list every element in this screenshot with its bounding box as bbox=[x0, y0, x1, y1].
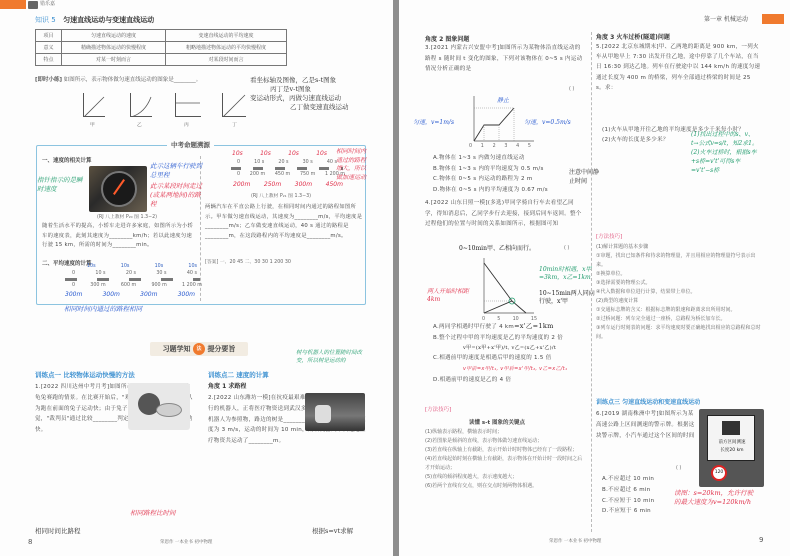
hw-note-needle: 指针指示的是瞬时速度 bbox=[37, 176, 87, 194]
page-number: 9 bbox=[759, 536, 763, 544]
table-cell: 意义 bbox=[36, 42, 62, 54]
graph-label: 丁 bbox=[232, 122, 237, 129]
distance-ticks-right: 0200 m450 m750 m1 200 m bbox=[237, 171, 345, 178]
left-page: 错乐嘉 知识 5 匀速直线运动与变速直线运动 项目 匀速直线运动的速度 变速直线… bbox=[0, 0, 393, 556]
hw-note-speed-ratio: v甲前=x甲/t₁, v甲后=x'甲/t₂, v乙=x乙/t₁ bbox=[433, 364, 593, 375]
graph-q3-xticks: 012345 bbox=[469, 143, 531, 150]
angle-3-title: 角度 3 火车过桥(隧道)问题 bbox=[596, 32, 670, 41]
speedometer-photo bbox=[89, 166, 147, 212]
list-item: ③选择需要的物理公式。 bbox=[596, 279, 761, 288]
list-item: (1)纵轴表示路程，横轴表示时间； bbox=[425, 428, 585, 437]
graph-yi bbox=[130, 93, 152, 117]
hw-note-approach: 0~10min甲、乙相向而行。 bbox=[459, 244, 535, 253]
table-cell: 精确描述物体运动的快慢程度 bbox=[62, 42, 166, 54]
hw-note-start-distance: 两人开始时相距4km bbox=[427, 288, 475, 304]
list-item: (4)若直线起始时刻在横轴上有截距，表示物体在开始计时一段时间之后才开始运动； bbox=[425, 455, 585, 473]
hw-note-average-speed: v甲=(x甲+x'甲)/t, v乙=(x乙+x'乙)/t bbox=[433, 344, 593, 353]
time-ticks-right: 010 s20 s30 s40 s bbox=[237, 159, 337, 166]
sign-text-line1: 前方区间测速 bbox=[708, 439, 756, 446]
quick-practice-label: [即时小练] bbox=[35, 77, 62, 83]
exam-source-box: 中考命题溯源 一、速度的相关计算 此示这辆车行驶到总里程 指针指示的是瞬时速度 … bbox=[36, 145, 366, 305]
hw-note-accelerate: 相同时间内通过的路程增大，所以做加速运动 bbox=[336, 148, 366, 182]
hw-time-intervals-right: 10s10s10s10s bbox=[232, 150, 327, 157]
list-item: ③列车运行时刻表的问题：求平均速度时要正确地找出相应的总路程和总时间。 bbox=[596, 324, 761, 342]
hw-note-same-direction: 10~15min两人同向行驶，x'甲 bbox=[539, 290, 597, 306]
hw-note-stop: 注意中间静止时间 bbox=[569, 168, 599, 186]
section-title: 二、平均速度的计算 bbox=[42, 259, 92, 267]
list-item: (2)若图象是倾斜的直线，表示物体做匀速直线运动； bbox=[425, 437, 585, 446]
quick-practice: [即时小练] 如图所示，表示物体做匀速直线运动的图象是________。 bbox=[35, 76, 201, 84]
motion-graphs: 甲 乙 丙 丁 bbox=[80, 90, 250, 130]
time-ticks-left: 010 s20 s30 s40 s bbox=[72, 270, 197, 277]
question-4-options: A.两同学相遇时甲行驶了 4 km=x'乙=1km B.整个过程中甲的平均速度是… bbox=[433, 322, 593, 386]
hw-note-reference-frame: 树与机器人的位置随时间改变，所以树是运动的 bbox=[296, 350, 368, 365]
hw-time-intervals-left: 10s10s10s10s bbox=[87, 263, 197, 270]
brand-name: 错乐嘉 bbox=[40, 1, 55, 8]
option-a[interactable]: A.不应超过 10 min bbox=[602, 474, 692, 485]
hw-note-uniform: 相同时间内通过的路程相同 bbox=[64, 305, 142, 314]
option-a[interactable]: A.两同学相遇时甲行驶了 4 km=x'乙=1km bbox=[433, 322, 593, 333]
right-page: 第一章 机械运动 角度 2 图象问题 3.[2021 内蒙古兴安盟中考]如图所示… bbox=[399, 0, 790, 556]
table-cell: 项目 bbox=[36, 30, 62, 42]
graph-label: 丙 bbox=[184, 122, 189, 129]
hw-note-segment1: 匀速，v=1m/s bbox=[413, 118, 454, 127]
knowledge-title: 匀速直线运动与变速直线运动 bbox=[63, 16, 154, 24]
list-item: (2)典型的速度计算 bbox=[596, 297, 761, 306]
sign-text-line2: 长度20 km bbox=[708, 447, 756, 454]
chapter-tab bbox=[762, 14, 784, 24]
speed-zone-sign-photo: 前方区间测速 长度20 km 120 bbox=[699, 409, 764, 487]
answer-key: [答案] 一、20 45 二、30 30 1 200 30 bbox=[205, 259, 291, 266]
list-item: (3)若直线在纵轴上有截距，表示开始计时时物体已经有了一段路程； bbox=[425, 446, 585, 455]
robot-photo bbox=[305, 393, 365, 431]
question-text: 两辆汽车在平直公路上行驶，在相同时间内通过的路程如图所示。甲车做匀速直线运动，其… bbox=[205, 203, 363, 241]
hw-line: 变运动形式，丙做匀速直线运动 bbox=[250, 94, 380, 103]
hw-distance-intervals-right: 200m250m300m450m bbox=[233, 181, 343, 188]
column-divider bbox=[591, 32, 592, 532]
table-cell: 变速直线运动的平均速度 bbox=[166, 30, 287, 42]
quick-practice-text: 如图所示，表示物体做匀速直线运动的图象是________。 bbox=[64, 77, 202, 83]
knowledge-heading: 知识 5 匀速直线运动与变速直线运动 bbox=[35, 15, 154, 25]
list-item: ④代入数据和单位进行计算，结果带上单位。 bbox=[596, 288, 761, 297]
method-tips-list: (1)纵轴表示路程，横轴表示时间； (2)若图象是倾斜的直线，表示物体做匀速直线… bbox=[425, 428, 585, 491]
answer-paren: ( ) bbox=[676, 465, 681, 472]
hw-line: 丙丁是v-t图象 bbox=[250, 85, 380, 94]
tortoise-hare-illustration bbox=[128, 383, 190, 430]
hw-note-formula: 根据s=vt求解 bbox=[312, 527, 353, 536]
training-point-2-title: 训练点二 速度的计算 bbox=[208, 370, 269, 379]
graph-q4 bbox=[479, 258, 534, 318]
question-3-text: 3.[2021 内蒙古兴安盟中考]如图所示为某物体沿直线运动的路程 s 随时间 … bbox=[425, 43, 585, 75]
list-item: ②换算单位。 bbox=[596, 270, 761, 279]
hw-note-trip: 此示某段时间走过(或某两地间)的路程 bbox=[150, 182, 202, 209]
option-a[interactable]: A.物体在 1~3 s 内做匀速直线运动 bbox=[433, 153, 593, 164]
graph-label: 甲 bbox=[90, 122, 95, 129]
angle-2-title: 角度 2 图象问题 bbox=[425, 34, 469, 43]
table-cell: 特点 bbox=[36, 54, 62, 66]
banner-badge-icon: 法 bbox=[193, 343, 205, 355]
method-tips-list-2: (1)解计算题的基本步骤 ①审题，找出已知条件和待求的物理量，并且用相应的物理量… bbox=[596, 243, 761, 342]
option-d[interactable]: D.物体在 0~5 s 内的平均速度为 0.67 m/s bbox=[433, 185, 593, 196]
hw-note-solution-hint: (1)找出过程中的s、v、t→公式v=s/t，知2求1。(2)火车过桥时，根据s… bbox=[691, 130, 761, 175]
list-item: (1)解计算题的基本步骤 bbox=[596, 243, 761, 252]
hw-note-meet: 10min时相遇，x甲=3km，x乙=1km bbox=[539, 266, 597, 282]
table-row: 特点 对某一时刻而言 对某段时间而言 bbox=[36, 54, 287, 66]
hw-note-compare-time: 相同路程比时间 bbox=[130, 509, 176, 518]
chapter-label: 第一章 机械运动 bbox=[704, 16, 748, 24]
hw-note-odometer: 此示这辆车行驶到总里程 bbox=[150, 162, 202, 180]
question-6-text: 6.[2019 湖南株洲中考]如图所示为某高速公路上区间测速的警示牌。根据这块警… bbox=[596, 409, 696, 442]
knowledge-label: 知识 5 bbox=[35, 16, 56, 24]
angle-1-title: 角度 1 求路程 bbox=[208, 381, 246, 390]
answer-paren: ( ) bbox=[569, 86, 574, 93]
footer-text: 荣恩作 一本业书 初中物理 bbox=[549, 538, 601, 545]
option-b[interactable]: B.整个过程中甲的平均速度是乙的平均速度的 2 倍 bbox=[433, 333, 593, 344]
list-item: ①审题，找出已知条件和待求的物理量，并且用相应的物理量符号表示出来。 bbox=[596, 252, 761, 270]
speed-limit-icon: 120 bbox=[711, 465, 727, 481]
table-row: 意义 精确描述物体运动的快慢程度 粗略地描述物体运动的平均快慢程度 bbox=[36, 42, 287, 54]
table-row: 项目 匀速直线运动的速度 变速直线运动的平均速度 bbox=[36, 30, 287, 42]
method-tips-title: 读懂 s-t 图象的关键点 bbox=[469, 418, 525, 426]
knowledge-table: 项目 匀速直线运动的速度 变速直线运动的平均速度 意义 精确描述物体运动的快慢程… bbox=[35, 29, 287, 66]
method-tips-label-2: [方法技巧] bbox=[596, 232, 622, 240]
cars-road-right bbox=[231, 167, 343, 170]
question-text: 随着生活水平的提高，小轿车走进许多家庭，如图所示为小轿车的速度表，此刻其速度为_… bbox=[42, 222, 197, 251]
training-point-1-title: 训练点一 比较物体运动快慢的方法 bbox=[35, 370, 135, 379]
answer-paren: ( ) bbox=[564, 245, 569, 252]
hw-distance-intervals-left: 300m300m300m300m bbox=[65, 291, 195, 298]
list-item: ②过桥问题：列车完全通过一座桥，总路程为桥长加车长。 bbox=[596, 315, 761, 324]
method-tips-label: [方法技巧] bbox=[425, 405, 451, 413]
option-d[interactable]: D.不应短于 6 min bbox=[602, 506, 692, 517]
table-cell: 对某段时间而言 bbox=[166, 54, 287, 66]
graph-bing bbox=[175, 93, 201, 117]
exam-source-title: 中考命题溯源 bbox=[167, 140, 214, 149]
list-item: (5)直线的倾斜程度越大，表示速度越大； bbox=[425, 473, 585, 482]
list-item: ①交通标志牌的含义：根据标志牌的限速和距离求出所用时间。 bbox=[596, 306, 761, 315]
question-5-text: 5.[2022 北京东城期末]甲、乙两地的距离是 900 km，一列火车从甲地早… bbox=[596, 42, 761, 93]
brand-logo-icon bbox=[28, 1, 38, 9]
table-cell: 对某一时刻而言 bbox=[62, 54, 166, 66]
graph-ding bbox=[222, 93, 246, 117]
figure-caption: (RJ 八上教材 P₂₀ 图 1.3−2) bbox=[97, 214, 157, 221]
header-tab bbox=[0, 0, 26, 9]
graph-label: 乙 bbox=[137, 122, 142, 129]
table-cell: 粗略地描述物体运动的平均快慢程度 bbox=[166, 42, 287, 54]
option-d[interactable]: D.相遇前甲的速度是乙的 4 倍 bbox=[433, 375, 593, 386]
hw-note-compare-distance: 相同时间比路程 bbox=[35, 527, 81, 536]
hw-note-stationary: 静止 bbox=[497, 96, 509, 105]
table-cell: 匀速直线运动的速度 bbox=[62, 30, 166, 42]
hw-line: 看坐标轴及图像，乙是s-t图象 bbox=[250, 76, 380, 85]
list-item: (6)若两个直线有交点，则在交点时刻两物体相遇。 bbox=[425, 482, 585, 491]
training-point-3-title: 训练点三 匀速直线运动和变速直线运动 bbox=[596, 397, 700, 406]
cars-road-left bbox=[65, 278, 200, 281]
distance-ticks-left: 0300 m600 m900 m1 200 m bbox=[72, 282, 202, 289]
section-banner: 习题学知 法 提分要旨 bbox=[150, 342, 248, 356]
section-title: 一、速度的相关计算 bbox=[42, 156, 92, 164]
page-number: 8 bbox=[28, 538, 32, 546]
footer-text: 荣恩作 一本业书 初中物理 bbox=[160, 539, 212, 546]
hw-note-sign-reading: 读图：s=20km，允许行驶的最大速度为v=120km/h bbox=[674, 489, 759, 507]
graph-jia bbox=[83, 93, 105, 117]
hw-note-segment3: 匀速，v=0.5m/s bbox=[524, 118, 571, 127]
handwritten-note-graphs: 看坐标轴及图像，乙是s-t图象 丙丁是v-t图象 变运动形式，丙做匀速直线运动 … bbox=[250, 76, 380, 112]
hw-line: 乙丁做变速直线运动 bbox=[250, 103, 380, 112]
figure-caption: (RJ 八上教材 P₂₁ 图 1.3−3) bbox=[251, 193, 311, 200]
option-c[interactable]: C.相遇前甲的速度是相遇后甲的速度的 1.5 倍 bbox=[433, 353, 593, 364]
question-4-text: 4.[2022 山东日照一模](多选)甲同学骑自行车去看望乙同学，得知消息后，乙… bbox=[425, 198, 585, 230]
